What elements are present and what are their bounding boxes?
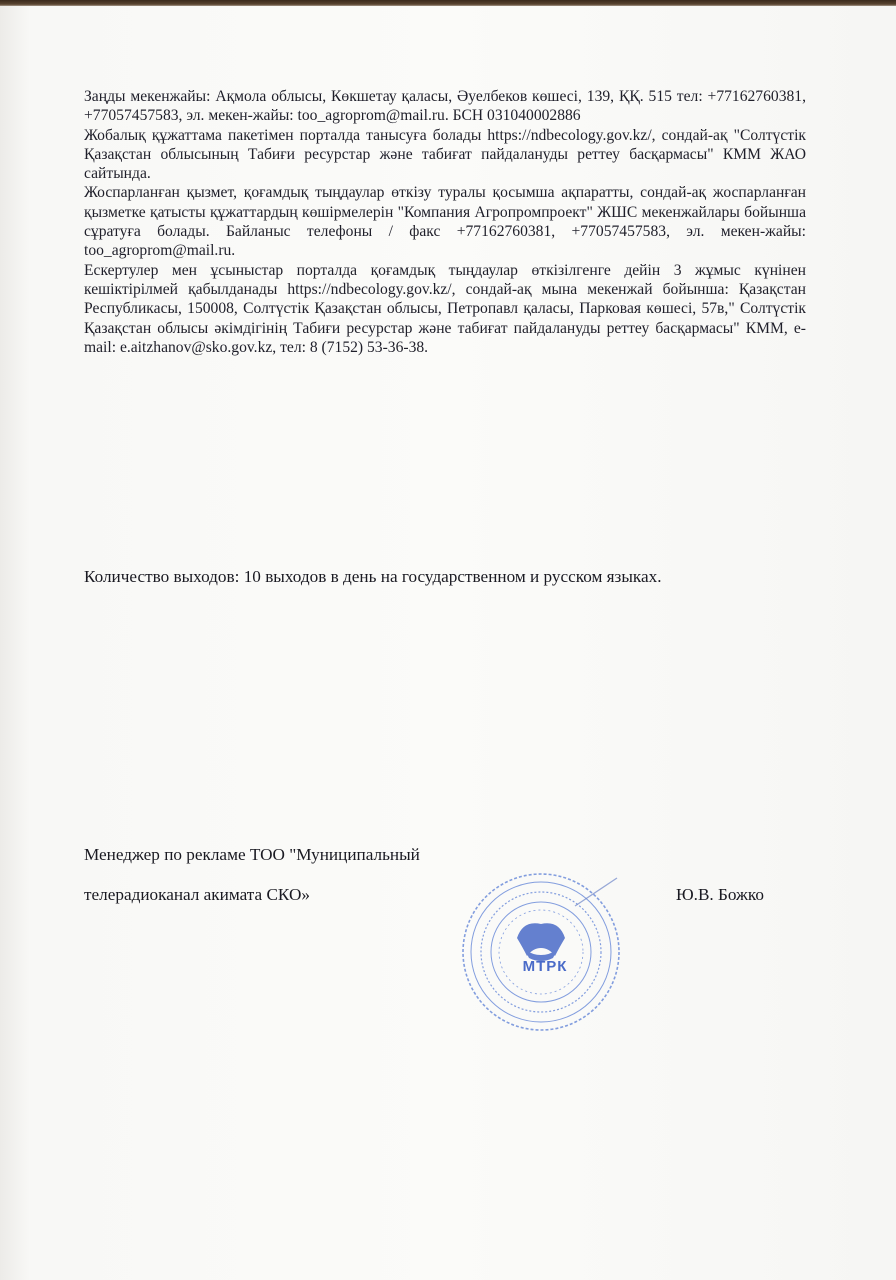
stamp-seal-icon	[455, 866, 635, 1036]
signatory-position-line2: телерадиоканал акимата СКО»	[84, 884, 310, 906]
documentation-portal-paragraph: Жобалық құжаттама пакетімен порталда тан…	[84, 126, 806, 184]
comments-submission-paragraph: Ескертулер мен ұсыныстар порталда қоғамд…	[84, 261, 806, 357]
notice-body: Заңды мекенжайы: Ақмола облысы, Көкшетау…	[84, 87, 806, 357]
official-stamp: МТРК	[455, 866, 635, 1036]
broadcast-count-text: Количество выходов: 10 выходов в день на…	[84, 566, 824, 588]
additional-info-paragraph: Жоспарланған қызмет, қоғамдық тыңдаулар …	[84, 183, 806, 260]
signatory-position-line1: Менеджер по рекламе ТОО "Муниципальный	[84, 844, 420, 866]
stamp-label: МТРК	[455, 958, 635, 975]
legal-address-paragraph: Заңды мекенжайы: Ақмола облысы, Көкшетау…	[84, 87, 806, 126]
signatory-name: Ю.В. Божко	[676, 884, 764, 906]
